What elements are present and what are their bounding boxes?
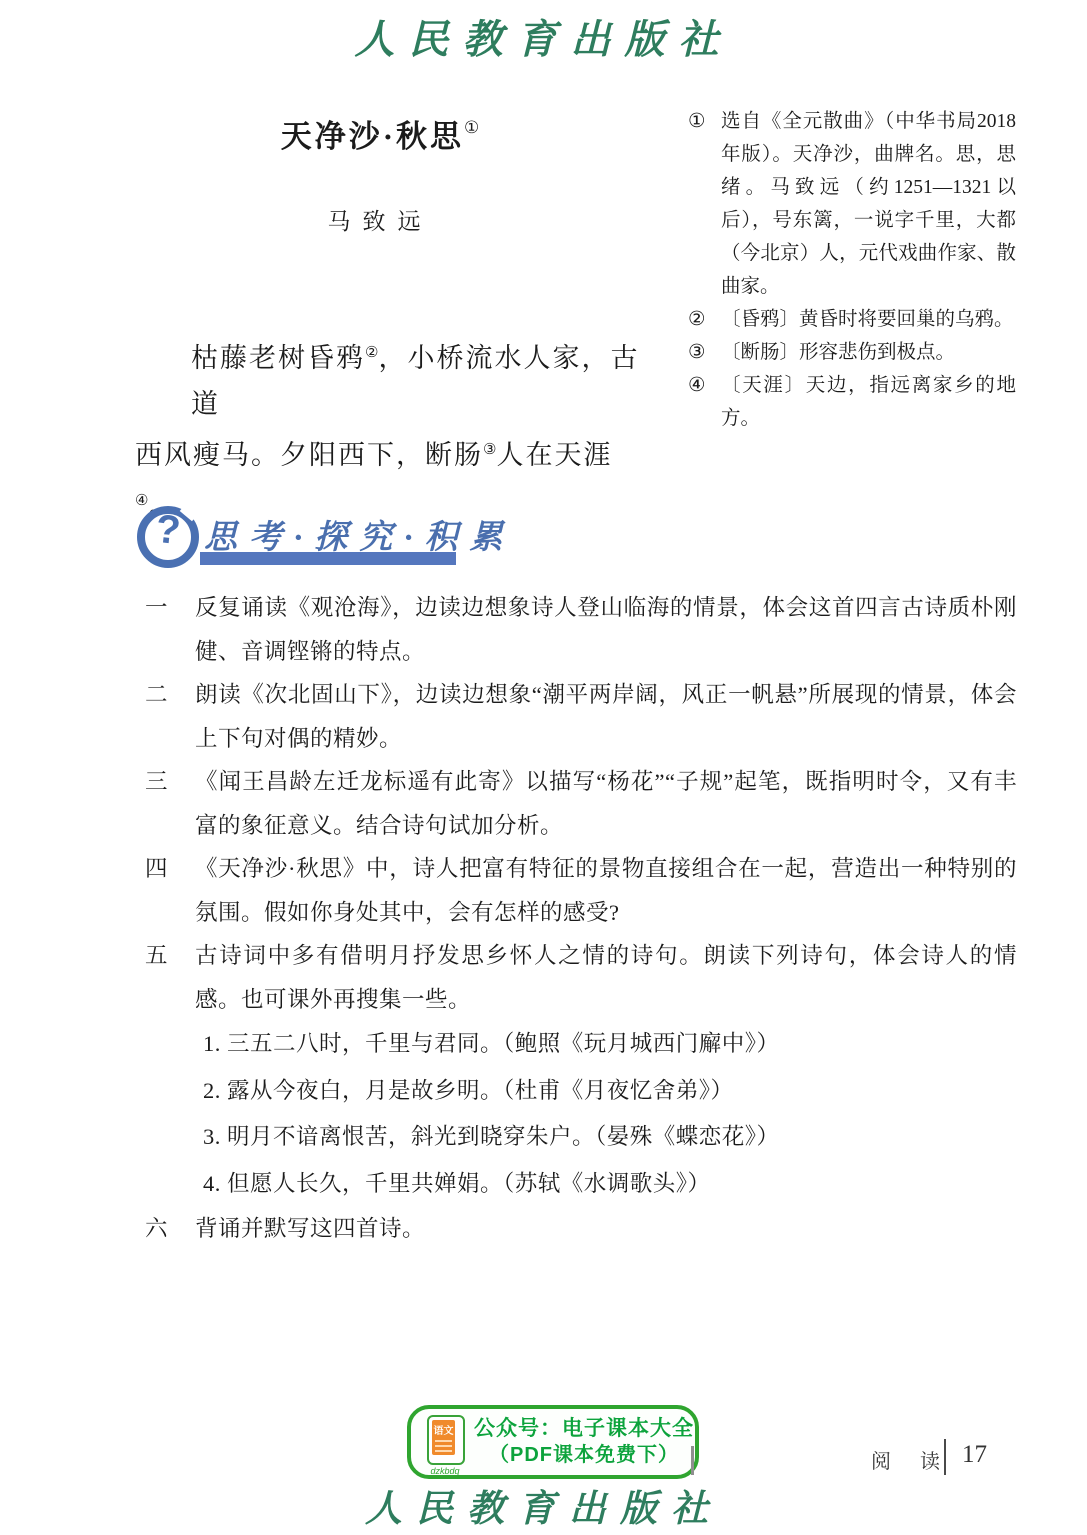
poem-segment: 西风瘦马。夕阳西下，断肠 (135, 440, 483, 470)
exercise-text: 《天净沙·秋思》中，诗人把富有特征的景物直接组合在一起，营造出一种特别的氛围。假… (195, 847, 1017, 934)
annotation-item: ② 〔昏鸦〕黄昏时将要回巢的乌鸦。 (688, 303, 1016, 336)
annotation-item: ④ 〔天涯〕天边，指远离家乡的地方。 (688, 369, 1016, 435)
exercise-number: 二 (135, 673, 195, 760)
footer-section-label: 阅 读 (871, 1445, 952, 1474)
exercise-text: 反复诵读《观沧海》，边读边想象诗人登山临海的情景，体会这首四言古诗质朴刚健、音调… (195, 586, 1017, 673)
annotation-text: 〔天涯〕天边，指远离家乡的地方。 (721, 369, 1016, 435)
promo-icon-caption: dzkbdq (423, 1466, 467, 1476)
promo-text-line2: （PDF课本免费下） (473, 1443, 695, 1468)
exercise-number: 四 (135, 847, 195, 934)
exercise-item: 四 《天净沙·秋思》中，诗人把富有特征的景物直接组合在一起，营造出一种特别的氛围… (135, 847, 1017, 934)
phone-outline: 语文 (427, 1415, 465, 1465)
promo-text-line1: 公众号：电子课本大全 (473, 1416, 695, 1442)
poem-line: 枯藤老树昏鸦②，小桥流水人家，古道 (135, 330, 645, 427)
exercise-number: 五 (135, 934, 195, 1207)
lesson-title-text: 天净沙·秋思 (281, 119, 464, 154)
exercise-item: 五 古诗词中多有借明月抒发思乡怀人之情的诗句。朗读下列诗句，体会诗人的情感。也可… (135, 934, 1017, 1207)
exercise-text: 古诗词中多有借明月抒发思乡怀人之情的诗句。朗读下列诗句，体会诗人的情感。也可课外… (195, 934, 1017, 1021)
annotation-text: 〔昏鸦〕黄昏时将要回巢的乌鸦。 (721, 303, 1016, 336)
footer-page-number: 17 (962, 1441, 987, 1469)
exercise-text: 背诵并默写这四首诗。 (195, 1207, 1017, 1251)
publisher-logo-bottom: 人民教育出版社 (0, 1478, 1087, 1532)
annotation-text: 选自《全元散曲》（中华书局2018年版）。天净沙，曲牌名。思，思绪。马致远（约1… (721, 105, 1016, 303)
exercise-item: 三 《闻王昌龄左迁龙标遥有此寄》以描写“杨花”“子规”起笔，既指明时令，又有丰富… (135, 760, 1017, 847)
exercise-subitem: 2. 露从今夜白，月是故乡明。（杜甫《月夜忆舍弟》） (203, 1068, 1017, 1115)
poem-segment: 枯藤老树昏鸦 (191, 343, 365, 373)
promo-icon-label: 语文 (432, 1422, 455, 1437)
lesson-author: 马致远 (135, 203, 625, 236)
exercise-item: 六 背诵并默写这四首诗。 (135, 1207, 1017, 1251)
exercise-subitem-list: 1. 三五二八时，千里与君同。（鲍照《玩月城西门廨中》） 2. 露从今夜白，月是… (195, 1021, 1017, 1207)
promo-badge: 语文 dzkbdq 公众号：电子课本大全 （PDF课本免费下） (407, 1405, 699, 1479)
question-mark-icon: ? (137, 506, 199, 568)
annotation-text: 〔断肠〕形容悲伤到极点。 (721, 336, 1016, 369)
section-title: 思考·探究·积累 (204, 511, 515, 558)
annotation-ref: ③ (688, 336, 721, 369)
exercise-subitem: 3. 明月不谙离恨苦，斜光到晓穿朱户。（晏殊《蝶恋花》） (203, 1114, 1017, 1161)
footer-divider (944, 1439, 946, 1475)
exercise-subitem: 1. 三五二八时，千里与君同。（鲍照《玩月城西门廨中》） (203, 1021, 1017, 1068)
separator-line (691, 1446, 694, 1475)
annotation-item: ③ 〔断肠〕形容悲伤到极点。 (688, 336, 1016, 369)
exercise-item: 一 反复诵读《观沧海》，边读边想象诗人登山临海的情景，体会这首四言古诗质朴刚健、… (135, 586, 1017, 673)
exercise-text: 《闻王昌龄左迁龙标遥有此寄》以描写“杨花”“子规”起笔，既指明时令，又有丰富的象… (195, 760, 1017, 847)
annotations-column: ① 选自《全元散曲》（中华书局2018年版）。天净沙，曲牌名。思，思绪。马致远（… (688, 105, 1016, 435)
exercise-text: 朗读《次北固山下》，边读边想象“潮平两岸阔，风正一帆悬”所展现的情景，体会上下句… (195, 673, 1017, 760)
poem-segment: 人在天涯 (496, 440, 612, 470)
lesson-title: 天净沙·秋思① (135, 106, 625, 159)
publisher-logo-top: 人民教育出版社 (0, 8, 1087, 65)
note-ref-sup: ② (365, 345, 378, 361)
question-glyph: ? (143, 506, 193, 556)
section-underline-bar (200, 552, 456, 565)
book-cover: 语文 (432, 1420, 455, 1455)
exercise-subitem: 4. 但愿人长久，千里共婵娟。（苏轼《水调歌头》） (203, 1161, 1017, 1208)
exercise-item: 二 朗读《次北固山下》，边读边想象“潮平两岸阔，风正一帆悬”所展现的情景，体会上… (135, 673, 1017, 760)
title-note-ref: ① (464, 118, 479, 137)
annotation-ref: ② (688, 303, 721, 336)
exercise-list: 一 反复诵读《观沧海》，边读边想象诗人登山临海的情景，体会这首四言古诗质朴刚健、… (135, 586, 1017, 1251)
exercise-number: 一 (135, 586, 195, 673)
poem-text: 枯藤老树昏鸦②，小桥流水人家，古道 西风瘦马。夕阳西下，断肠③人在天涯④。 (135, 330, 645, 529)
note-ref-sup: ③ (483, 442, 496, 458)
annotation-ref: ① (688, 105, 721, 303)
phone-book-icon: 语文 dzkbdq (411, 1409, 473, 1475)
textbook-page: 人民教育出版社 天净沙·秋思① 马致远 枯藤老树昏鸦②，小桥流水人家，古道 西风… (0, 0, 1087, 1535)
annotation-ref: ④ (688, 369, 721, 435)
annotation-item: ① 选自《全元散曲》（中华书局2018年版）。天净沙，曲牌名。思，思绪。马致远（… (688, 105, 1016, 303)
exercise-number: 六 (135, 1207, 195, 1251)
exercise-number: 三 (135, 760, 195, 847)
